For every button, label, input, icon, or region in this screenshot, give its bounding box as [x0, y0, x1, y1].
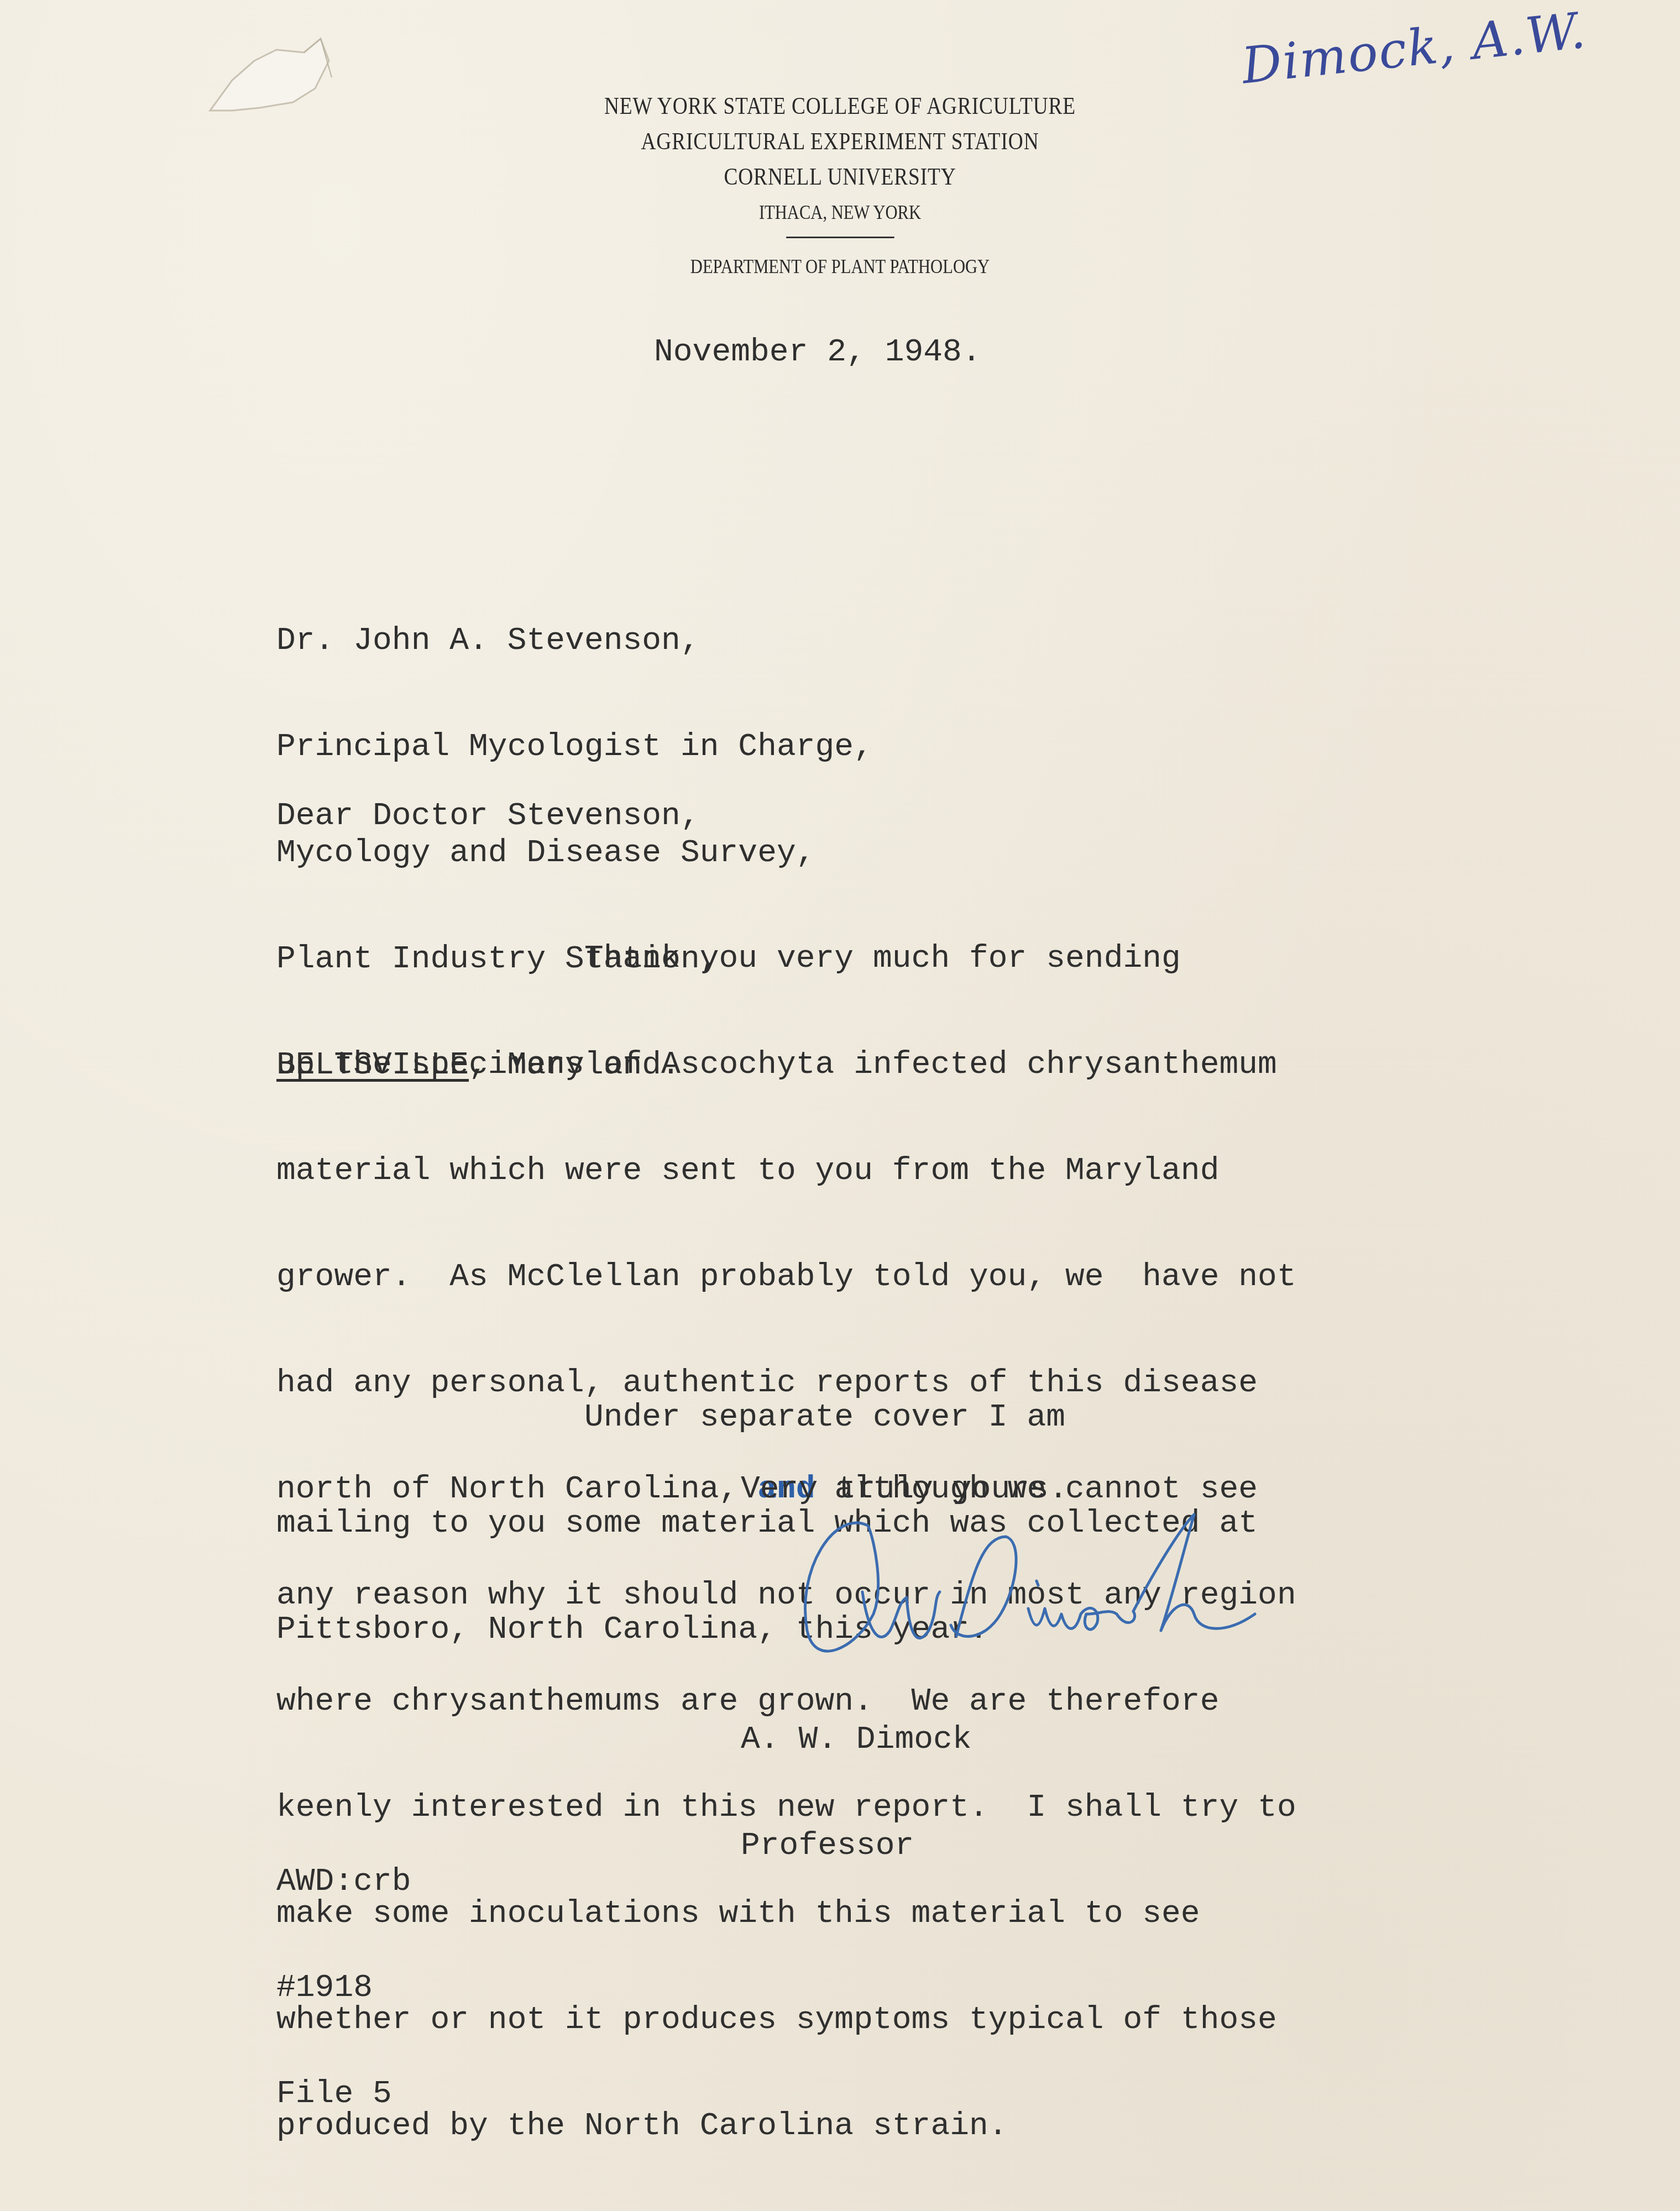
body-line: up the specimens of Ascochyta infected c… — [276, 1047, 1296, 1083]
signature-block: A. W. Dimock Professor — [741, 1652, 972, 1899]
letterhead: NEW YORK STATE COLLEGE OF AGRICULTURE AG… — [126, 88, 1554, 280]
reference-number: #1918 — [276, 1971, 411, 2006]
body-line: Under separate cover I am — [276, 1400, 1258, 1435]
letterhead-line: NEW YORK STATE COLLEGE OF AGRICULTURE — [126, 88, 1554, 124]
body-line: whether or not it produces symptoms typi… — [276, 2003, 1296, 2038]
letterhead-divider — [786, 237, 894, 238]
reference-initials: AWD:crb — [276, 1864, 411, 1900]
body-line: material which were sent to you from the… — [276, 1154, 1296, 1189]
handwritten-annotation: Dimock, A.W. — [1239, 2, 1589, 96]
letterhead-line: AGRICULTURAL EXPERIMENT STATION — [126, 124, 1554, 159]
body-line: make some inoculations with this materia… — [276, 1896, 1296, 1932]
letterhead-line: CORNELL UNIVERSITY — [126, 159, 1554, 195]
salutation: Dear Doctor Stevenson, — [276, 799, 700, 834]
recipient-name: Dr. John A. Stevenson, — [276, 624, 873, 659]
reference-notations: AWD:crb #1918 File 5 — [276, 1794, 411, 2147]
letterhead-city: ITHACA, NEW YORK — [126, 196, 1554, 229]
body-line: produced by the North Carolina strain. — [276, 2109, 1296, 2144]
body-line: grower. As McClellan probably told you, … — [276, 1260, 1296, 1295]
body-line: Thank you very much for sending — [276, 941, 1296, 977]
letter-date: November 2, 1948. — [654, 335, 981, 370]
signer-name: A. W. Dimock — [741, 1722, 972, 1758]
signer-title: Professor — [741, 1828, 972, 1864]
closing: Very truly yours. — [741, 1472, 1068, 1507]
handwritten-signature: A W Dimock — [774, 1503, 1327, 1669]
recipient-title: Principal Mycologist in Charge, — [276, 730, 873, 765]
reference-file: File 5 — [276, 2077, 411, 2112]
recipient-unit: Mycology and Disease Survey, — [276, 836, 873, 871]
letterhead-department: DEPARTMENT OF PLANT PATHOLOGY — [126, 253, 1554, 280]
